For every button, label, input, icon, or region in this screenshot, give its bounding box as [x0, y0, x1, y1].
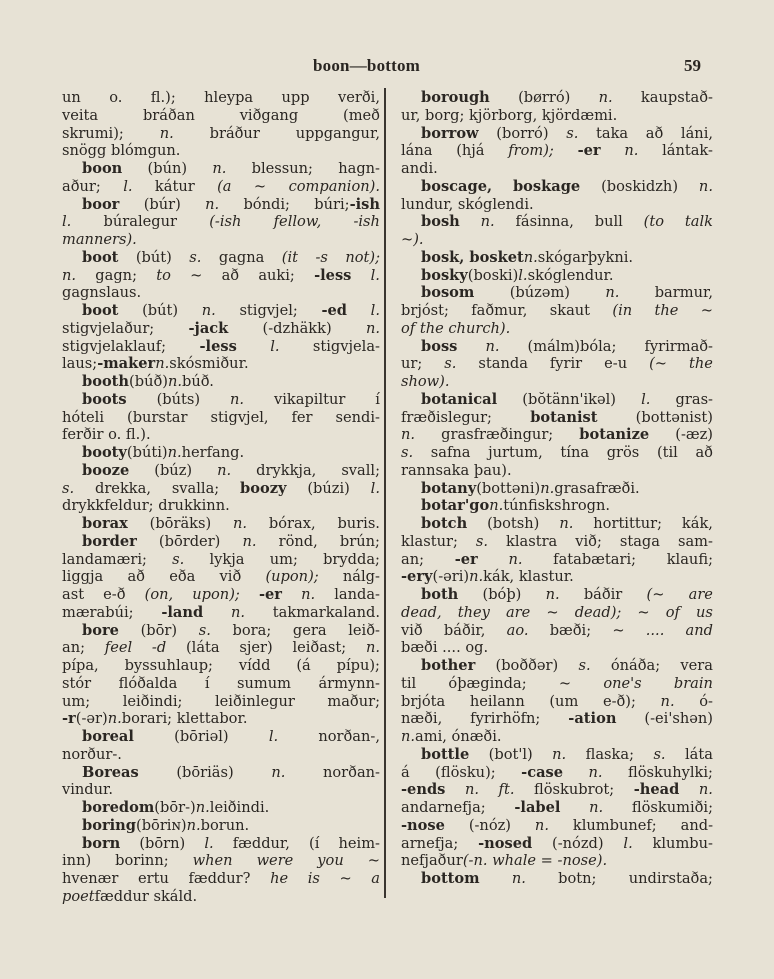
- dictionary-line: bore(bōr)s.bora;geraleið-: [62, 622, 380, 640]
- dictionary-line: klastur;s.klastravið;stagasam-: [401, 533, 713, 551]
- dictionary-line: borough(børró)n.kaupstað-: [401, 89, 713, 107]
- dictionary-line: Boreas(bōriäs)n.norðan-: [62, 764, 380, 782]
- dictionary-line: stórflóðaldaísumumármynn-: [62, 675, 380, 693]
- dictionary-line: boshn.fásinna,bull(totalk: [401, 213, 713, 231]
- dictionary-line: næði,fyrirhöfn;-ation(-ei'shən): [401, 710, 713, 728]
- page-header: boon—bottom 59: [0, 56, 774, 80]
- dictionary-line: dead,theyare~dead);~ofus: [401, 604, 713, 622]
- dictionary-line: bottle(bot'l)n.flaska;s.láta: [401, 746, 713, 764]
- dictionary-line: ~).: [401, 231, 713, 249]
- dictionary-line: brjótaheilann(ume-ð);n.ó-: [401, 693, 713, 711]
- dictionary-line: botch(botsh)n.hortittur;kák,: [401, 515, 713, 533]
- dictionary-line: veitabráðanviðgang(með: [62, 107, 380, 125]
- dictionary-line: boscage,boskage(boskidzh)n.: [401, 178, 713, 196]
- left-column: uno.fl.);hleypauppverði,veitabráðanviðga…: [62, 89, 380, 906]
- dictionary-line: um;leiðindi;leiðinlegurmaður;: [62, 693, 380, 711]
- dictionary-line: ferðir o. fl.).: [62, 426, 380, 444]
- dictionary-line: arnefja;-nosed(-nózd)l.klumbu-: [401, 835, 713, 853]
- dictionary-line: andarnefja;-labeln.flöskumiði;: [401, 799, 713, 817]
- dictionary-line: -nose(-nóz)n.klumbunef;and-: [401, 817, 713, 835]
- dictionary-line: booty (búti) n. herfang.: [62, 444, 380, 462]
- dictionary-line: boot(bút)n.stigvjel;-edl.: [62, 302, 380, 320]
- dictionary-line: bother(boððər)s.ónáða;vera: [401, 657, 713, 675]
- running-head: boon—bottom: [313, 56, 420, 76]
- dictionary-line: s.safnajurtum,tínagrös(tilað: [401, 444, 713, 462]
- dictionary-line: bosom(búzəm)n.barmur,: [401, 284, 713, 302]
- dictionary-line: stigvjelaður;-jack(-dzhäkk)n.: [62, 320, 380, 338]
- dictionary-line: boots(búts)n.vikapilturí: [62, 391, 380, 409]
- dictionary-line: n. ami, ónæði.: [401, 728, 713, 746]
- dictionary-line: bottomn.botn;undirstaða;: [401, 870, 713, 888]
- dictionary-line: boon(bún)n.blessun;hagn-: [62, 160, 380, 178]
- dictionary-line: nefjaður (-n. whale = -nose).: [401, 852, 713, 870]
- dictionary-line: landamæri;s.lykjaum;brydda;: [62, 551, 380, 569]
- dictionary-line: norður-.: [62, 746, 380, 764]
- dictionary-line: ur, borg; kjörborg, kjördæmi.: [401, 107, 713, 125]
- dictionary-line: stigvjelaklauf;-lessl.stigvjela-: [62, 338, 380, 356]
- dictionary-line: aste-ð(on,upon);-ern.landa-: [62, 586, 380, 604]
- dictionary-line: show).: [401, 373, 713, 391]
- dictionary-line: bosky (boski) l. skóglendur.: [401, 267, 713, 285]
- dictionary-line: ur;s.standafyrire-u(~the: [401, 355, 713, 373]
- dictionary-line: n.gagn;to~aðauki;-lessl.: [62, 267, 380, 285]
- dictionary-line: mærabúi;-landn.takmarkaland.: [62, 604, 380, 622]
- dictionary-line: booze(búz)n.drykkja,svall;: [62, 462, 380, 480]
- dictionary-line: an;feel-d(látasjer)leiðast;n.: [62, 639, 380, 657]
- dictionary-line: booth (búð) n. búð.: [62, 373, 380, 391]
- dictionary-line: of the church).: [401, 320, 713, 338]
- right-column: borough(børró)n.kaupstað-ur, borg; kjörb…: [401, 89, 713, 888]
- dictionary-line: uno.fl.);hleypauppverði,: [62, 89, 380, 107]
- dictionary-line: -endsn.ft.flöskubrot;-headn.: [401, 781, 713, 799]
- dictionary-line: bosk, bosket n. skógarþykni.: [401, 249, 713, 267]
- dictionary-line: poet fæddur skáld.: [62, 888, 380, 906]
- dictionary-line: manners).: [62, 231, 380, 249]
- dictionary-line: pípa,byssuhlaup;vídd(ápípu);: [62, 657, 380, 675]
- dictionary-line: drykkfeldur; drukkinn.: [62, 497, 380, 515]
- page-number: 59: [684, 56, 701, 76]
- dictionary-line: s.drekka,svalla;boozy(búzi)l.: [62, 480, 380, 498]
- dictionary-line: lána(hjáfrom);-ern.lántak-: [401, 142, 713, 160]
- dictionary-line: hóteli(burstarstigvjel,fersendi-: [62, 409, 380, 427]
- dictionary-line: borrow(borró)s.takaaðláni,: [401, 125, 713, 143]
- dictionary-line: gagnslaus.: [62, 284, 380, 302]
- dictionary-line: -ery (-əri) n. kák, klastur.: [401, 568, 713, 586]
- dictionary-line: laus; -maker n. skósmiður.: [62, 355, 380, 373]
- dictionary-line: border(bōrder)n.rönd,brún;: [62, 533, 380, 551]
- dictionary-line: bossn.(málm)bóla;fyrirmað-: [401, 338, 713, 356]
- dictionary-line: -r (-ər) n. borari; klettabor.: [62, 710, 380, 728]
- dictionary-line: inn)borinn;whenwereyou~: [62, 852, 380, 870]
- dictionary-line: boredom (bōr-) n. leiðindi.: [62, 799, 380, 817]
- dictionary-line: botany (bottəni) n. grasafræði.: [401, 480, 713, 498]
- dictionary-line: fræðislegur;botanist(bottənist): [401, 409, 713, 427]
- dictionary-line: boot(bút)s.gagna(it-snot);: [62, 249, 380, 267]
- dictionary-line: born(bōrn)l.fæddur,(íheim-: [62, 835, 380, 853]
- dictionary-line: botar'go n. túnfiskshrogn.: [401, 497, 713, 515]
- dictionary-line: tilóþæginda;~one'sbrain: [401, 675, 713, 693]
- dictionary-line: aður;l.kátur(a~companion).: [62, 178, 380, 196]
- dictionary-line: botanical(bŏtänn'ikəl)l.gras-: [401, 391, 713, 409]
- dictionary-line: boring (bōriɴ) n. borun.: [62, 817, 380, 835]
- dictionary-line: á(flösku);-casen.flöskuhylki;: [401, 764, 713, 782]
- dictionary-line: vindur.: [62, 781, 380, 799]
- dictionary-line: lundur, skóglendi.: [401, 196, 713, 214]
- dictionary-line: brjóst;faðmur,skaut(inthe~: [401, 302, 713, 320]
- dictionary-line: boor(búr)n.bóndi;búri;-ish: [62, 196, 380, 214]
- dictionary-line: viðbáðir,ao.bæði;~....and: [401, 622, 713, 640]
- dictionary-line: an;-ern.fatabætari;klaufi;: [401, 551, 713, 569]
- dictionary-line: skrumi);n.bráðuruppgangur,: [62, 125, 380, 143]
- dictionary-line: andi.: [401, 160, 713, 178]
- dictionary-line: n.grasfræðingur;botanize(-æz): [401, 426, 713, 444]
- dictionary-line: bæði .... og.: [401, 639, 713, 657]
- dictionary-line: boreal(bōriəl)l.norðan-,: [62, 728, 380, 746]
- dictionary-line: liggjaaðeðavið(upon);nálg-: [62, 568, 380, 586]
- column-divider: [384, 88, 386, 898]
- dictionary-line: borax(bōräks)n.bórax,buris.: [62, 515, 380, 533]
- dictionary-line: l.búralegur(-ishfellow,-ish: [62, 213, 380, 231]
- dictionary-line: rannsaka þau).: [401, 462, 713, 480]
- dictionary-line: snögg blómgun.: [62, 142, 380, 160]
- dictionary-line: hvenærertufæddur?heis~a: [62, 870, 380, 888]
- dictionary-line: both(bóþ)n.báðir(~are: [401, 586, 713, 604]
